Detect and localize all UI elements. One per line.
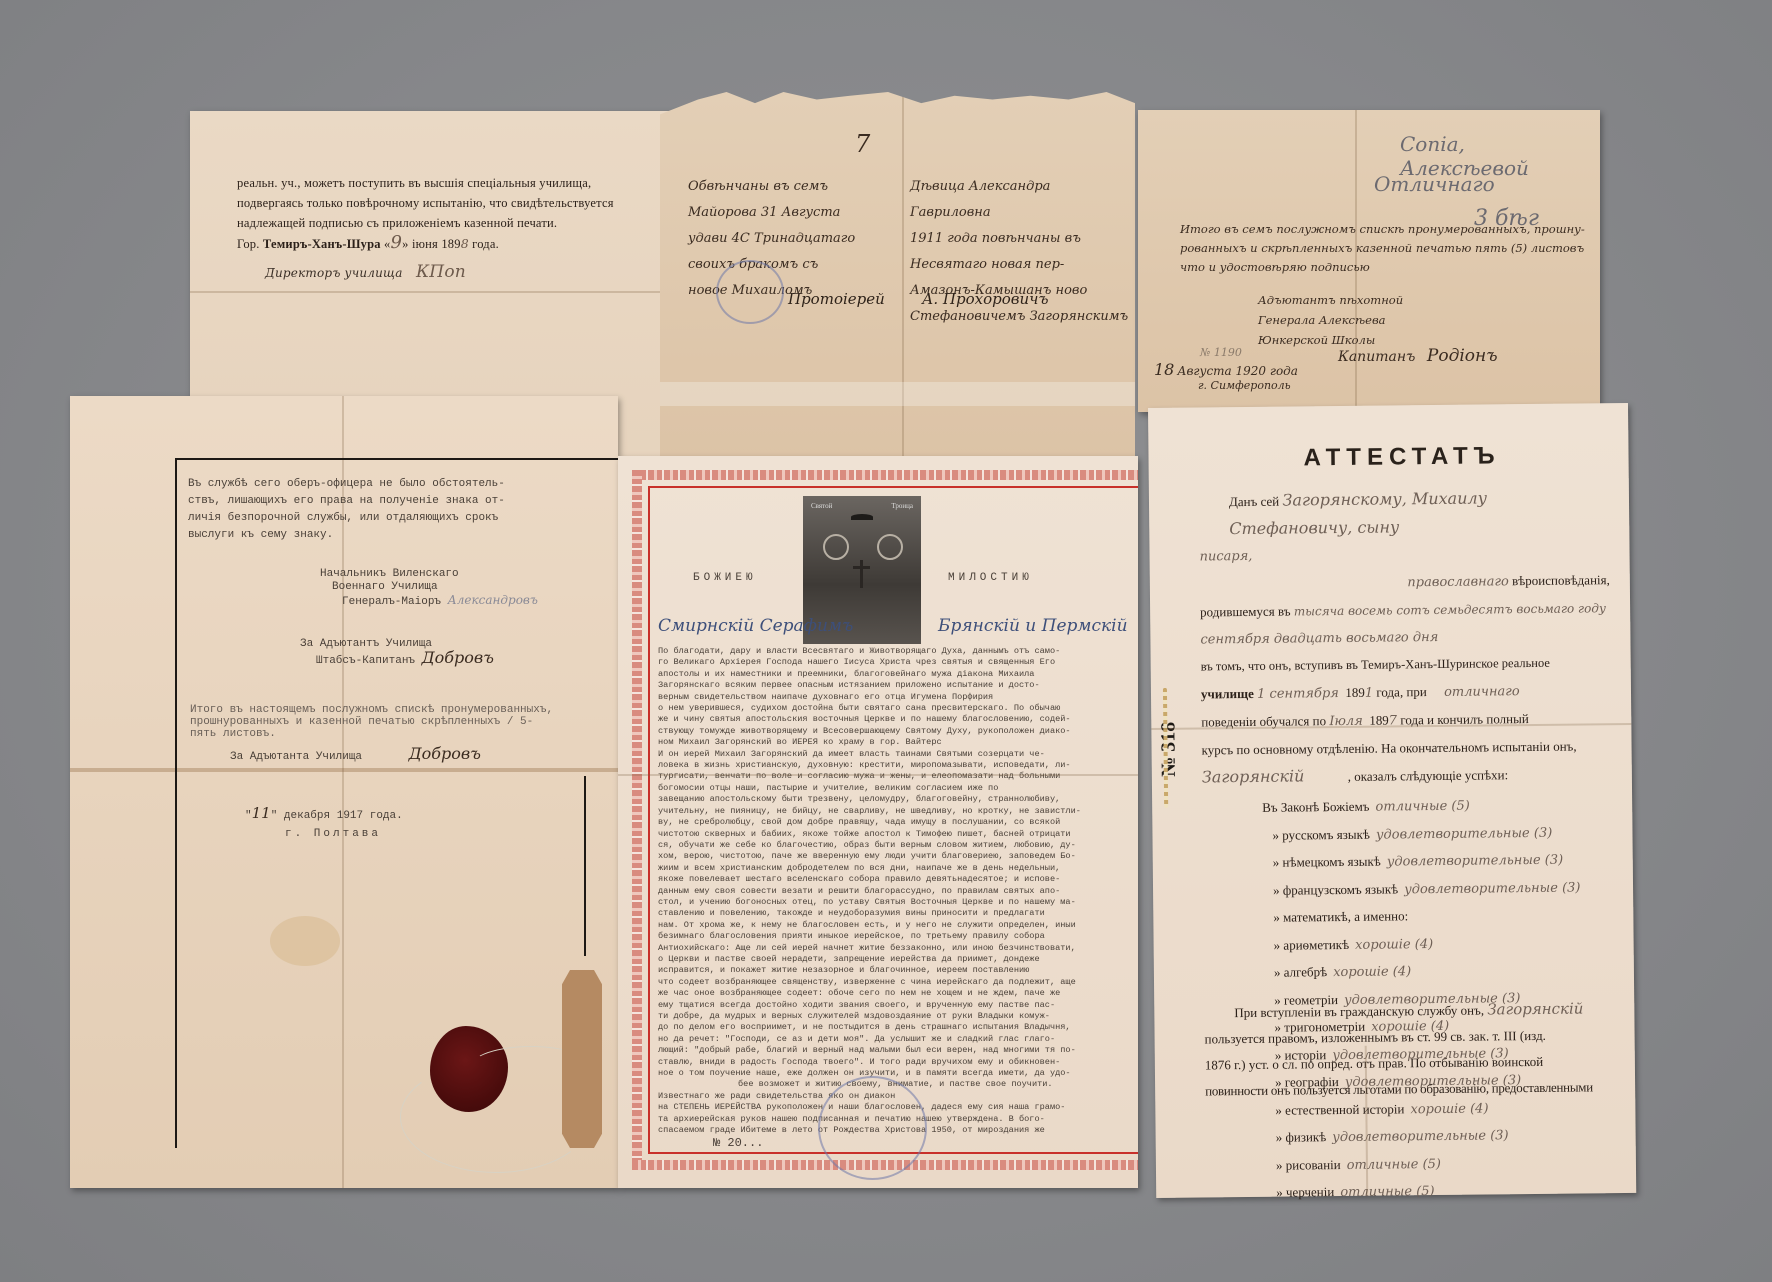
ornament-border-left — [632, 470, 642, 1170]
school-cert-place-line: Гор. Темиръ-Ханъ-Шура «9» іюня 1898 года… — [237, 233, 667, 254]
fold-crease — [902, 92, 904, 464]
hand-name-left: Смирнскій Серафимъ — [658, 616, 853, 636]
born-line: родившемуся въ тысяча восемь сотъ семьде… — [1200, 594, 1610, 626]
subject-row: » математикѣ, а именно: — [1263, 901, 1623, 932]
serial-number: № 318 — [1157, 722, 1181, 777]
cardboard-tag — [562, 970, 602, 1148]
church-stamp — [716, 260, 784, 324]
cross-icon-bar — [853, 566, 870, 569]
officer-date: "11" декабря 1917 года. г. Полтава — [245, 804, 403, 843]
bishop-stamp — [818, 1076, 927, 1180]
director-line: Директоръ училища КПоп — [237, 262, 667, 283]
church-record-page: 7 Обвѣнчаны въ семъ Майорова 31 Августа … — [660, 92, 1135, 464]
military-rank-signature: Капитанъ Родіонъ — [1338, 346, 1498, 366]
subject-row: » французскомъ языкѣудовлетворительные (… — [1263, 874, 1623, 905]
icon-caption-right: Троица — [891, 502, 913, 510]
chief-signature: Александровъ — [448, 593, 538, 607]
cross-icon — [860, 560, 863, 588]
dove-icon — [851, 514, 873, 520]
adjutant-signature-2: Добровъ — [409, 744, 481, 763]
border-rule-top — [175, 458, 618, 460]
water-stain — [270, 916, 340, 966]
subject-row: » ариѳметикѣхорошіе (4) — [1263, 929, 1623, 960]
given-line-2: писаря, — [1199, 539, 1609, 570]
total-pages-text: Итого въ настоящемъ послужномъ спискѣ пр… — [190, 704, 610, 740]
studied-line: поведеніи обучался по Іюля 1897 года и к… — [1201, 704, 1611, 736]
attestat-footer-text: При вступленіи въ гражданскую службу онъ… — [1204, 995, 1625, 1104]
attestat-title: АТТЕСТАТЪ — [1303, 442, 1500, 472]
attestat-body: Данъ сей Загорянскому, Михаилу Стефанови… — [1199, 483, 1612, 791]
fold-crease — [190, 291, 690, 293]
school-cert-text: реальн. уч., можетъ поступить въ высшія … — [237, 173, 667, 283]
school-cert-line: подвергаясь только повѣрочному испытанію… — [237, 193, 667, 213]
adjutant-block: За Адъютантъ Училища Штабсъ-Капитанъ Доб… — [300, 638, 494, 668]
header-hand-note-2: Отличнаго — [1374, 172, 1495, 196]
icon-caption-left: Святой — [811, 502, 832, 510]
chief-block: Начальникъ Виленскаго Военнаго Училища Г… — [320, 568, 538, 609]
attestat-certificate: АТТЕСТАТЪ № 318 Данъ сей Загорянскому, М… — [1148, 403, 1636, 1198]
given-line: Данъ сей Загорянскому, Михаилу Стефанови… — [1199, 483, 1610, 543]
border-rule-right — [584, 776, 586, 956]
border-rule-left — [175, 458, 177, 1148]
officer-typed-text: Въ службѣ сего оберъ-офицера не было обс… — [188, 476, 608, 544]
school-place: Темиръ-Ханъ-Шура — [263, 237, 381, 251]
adjutant-signature: Добровъ — [422, 648, 494, 667]
entered-line: въ томъ, что онъ, вступивъ въ Темиръ-Хан… — [1201, 649, 1611, 680]
subject-row: Въ Законѣ Божіемъотличные (5) — [1262, 791, 1622, 822]
director-signature: КПоп — [416, 262, 466, 282]
paper-layer-edge — [660, 382, 1135, 406]
red-frame-left — [648, 486, 650, 1154]
halo-left-icon — [823, 534, 849, 560]
subject-row: » алгебрѣхорошіе (4) — [1264, 956, 1624, 987]
ordination-body-text: По благодати, дару и власти Всесвятаго и… — [658, 646, 1128, 1136]
fold-crease — [618, 774, 1138, 776]
binding-string — [1163, 688, 1168, 808]
ordination-certificate: Святой Троица БОЖИЕЮ МИЛОСТИЮ Смирнскій … — [618, 456, 1138, 1188]
civil-service-line: При вступленіи въ гражданскую службу онъ… — [1204, 995, 1624, 1026]
military-signatory: Адъютантъ пѣхотной Генерала Алексѣева Юн… — [1258, 290, 1403, 350]
school-line: училище 1 сентября 1891 года, при отличн… — [1201, 676, 1611, 708]
officer-service-list: Въ службѣ сего оберъ-офицера не было обс… — [70, 396, 618, 1188]
record-number: № 1190 — [1200, 346, 1242, 359]
halo-right-icon — [877, 534, 903, 560]
header-right: МИЛОСТИЮ — [948, 571, 1033, 586]
military-record-lines: Итого въ семъ послужномъ спискѣ пронумер… — [1180, 220, 1600, 277]
subject-row: » нѣмецкомъ языкѣудовлетворительные (3) — [1263, 846, 1623, 877]
document-number: № 20... — [713, 1136, 763, 1151]
course-line: курсъ по основному отдѣленію. На окончат… — [1201, 732, 1611, 763]
page-number: 7 — [855, 130, 870, 158]
school-cert-line: надлежащей подписью съ приложеніемъ казе… — [237, 213, 667, 233]
fold-crease — [70, 768, 618, 772]
school-cert-line: реальн. уч., можетъ поступить въ высшія … — [237, 173, 667, 193]
subject-row: » русскомъ языкѣудовлетворительные (3) — [1262, 819, 1622, 850]
hand-name-right: Брянскій и Пермскій — [938, 616, 1128, 636]
religion-line: православнаго вѣроисповѣданія, — [1200, 566, 1610, 598]
ornament-border-top — [632, 470, 1138, 480]
born-line-2: сентября двадцать восьмаго дня — [1200, 622, 1610, 653]
signature-priest: А. Прохоровичъ — [922, 290, 1048, 308]
adjutant-block-2: За Адъютанта Училища Добровъ — [230, 746, 481, 765]
results-line: Загорянскій , оказалъ слѣдующіе успѣхи: — [1202, 759, 1612, 791]
captain-signature: Родіонъ — [1427, 346, 1498, 366]
military-date: 18 Августа 1920 года г. Симферополь — [1154, 360, 1298, 392]
header-left: БОЖИЕЮ — [693, 571, 757, 586]
red-frame-top — [648, 486, 1138, 488]
military-record-page: Сопіа, Алексѣевой Отличнаго 3 бѣг Итого … — [1138, 110, 1600, 412]
signature-protoierey: Протоіерей — [788, 290, 885, 308]
school-day-hand: 9 — [391, 232, 403, 253]
